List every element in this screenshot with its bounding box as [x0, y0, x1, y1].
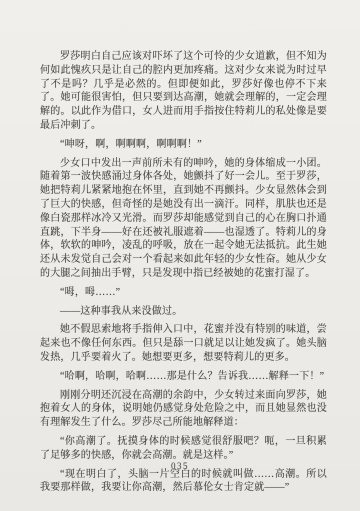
paragraph-5-thought: ——这种事我从来没做过。 [40, 305, 327, 319]
paragraph-7-dialogue: “哈啊，哈啊，哈啊……那是什么？告诉我……解释一下！” [40, 370, 327, 384]
paragraph-8-narration: 刚刚分明还沉浸在高潮的余韵中，少女转过来面向罗莎，她抱着女人的身体，说明她仍感觉… [40, 389, 327, 430]
paragraph-6-narration: 她不假思索地将手指伸入口中，花蜜并没有特别的味道，尝起来也不像任何东西。但只是舔… [40, 323, 327, 364]
paragraph-10-dialogue: “现在明白了，头脑一片空白的时候就叫做……高潮。所以我要那样做，我要让你高潮，然… [40, 468, 327, 496]
paragraph-3-narration: 少女口中发出一声前所未有的呻吟，她的身体缩成一小团。随着第一波快感涌过身体各处，… [40, 157, 327, 281]
paragraph-9-dialogue: “你高潮了。抚摸身体的时候感觉很舒服吧？呃，一旦积累了足够多的快感，你就会高潮。… [40, 435, 327, 463]
paragraph-1-narration: 罗莎明白自己应该对吓坏了这个可怜的少女道歉，但不知为何如此愧疚只是让自己的腔内更… [40, 50, 327, 133]
page-number: 035 [0, 461, 360, 471]
page-text: 罗莎明白自己应该对吓坏了这个可怜的少女道歉，但不知为何如此愧疚只是让自己的腔内更… [40, 50, 327, 495]
book-page: 罗莎明白自己应该对吓坏了这个可怜的少女道歉，但不知为何如此愧疚只是让自己的腔内更… [0, 0, 360, 511]
paragraph-2-dialogue: “呻呀，啊，啊啊啊，啊啊啊！” [40, 138, 327, 152]
paragraph-4-dialogue: “呣，呣……” [40, 286, 327, 300]
